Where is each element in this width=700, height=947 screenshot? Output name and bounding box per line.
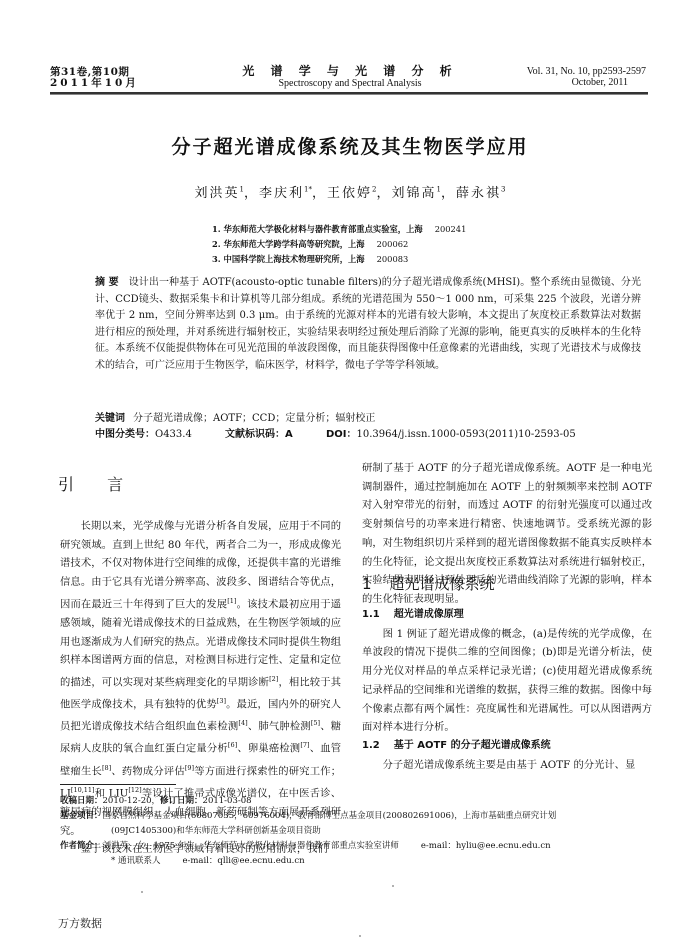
fund-line: 基金项目：国家自然科学基金项目(60807035，60976004)，教育部博士… [60,809,680,824]
citation[interactable]: [3] [217,697,226,705]
affiliation: 1. 华东师范大学极化材料与器件教育部重点实验室，上海200241 [212,222,466,237]
citation[interactable]: [9] [185,764,194,772]
citation[interactable]: [10,11] [71,786,95,794]
subsection-1-2-text: 分子超光谱成像系统主要是由基于 AOTF 的分光计、显 [362,756,652,775]
document-code: A [285,429,293,440]
scan-speck [392,885,394,887]
section-1-body: 1.1超光谱成像原理 图 1 例证了超光谱成像的概念，(a)是传统的光学成像，在… [362,606,652,774]
clc-number: O433.4 [155,429,192,440]
fund-line-2: (09JC1405300)和华东师范大学科研创新基金项目资助 [60,824,680,839]
scan-speck [359,935,361,937]
citation[interactable]: [2] [269,675,278,683]
intro-paragraph-1: 长期以来，光学成像与光谱分析各自发展，应用于不同的研究领域。直到上世纪 80 年… [60,517,341,840]
citation[interactable]: [7] [300,741,309,749]
article-title: 分子超光谱成像系统及其生物医学应用 [0,132,700,159]
footnote-rule [60,784,176,785]
author-list: 刘洪英1，李庆利1*，王依婷2，刘锦高1，薛永祺3 [0,182,700,201]
citation[interactable]: [8] [102,764,111,772]
watermark: 万方数据 [58,915,102,931]
subsection-heading-1-2: 1.2基于 AOTF 的分子超光谱成像系统 [362,737,652,756]
journal-name-en: Spectroscopy and Spectral Analysis [230,78,470,89]
corresponding-author: * 通讯联系人e-mail：qlli@ee.ecnu.edu.cn [60,854,680,869]
date-en: October, 2011 [450,77,646,88]
subsection-heading-1-1: 1.1超光谱成像原理 [362,606,652,625]
keywords: 关键词分子超光谱成像；AOTF；CCD；定量分析；辐射校正 [95,411,375,427]
author-email[interactable]: e-mail：hyliu@ee.ecnu.edu.cn [421,841,551,851]
doi[interactable]: 10.3964/j.issn.1000-0593(2011)10-2593-05 [356,429,575,440]
journal-name-cn: 光 谱 学 与 光 谱 分 析 [230,65,470,78]
received-date: 2010-12-20， [103,796,161,806]
classification: 中图分类号：O433.4 文献标识码：A DOI：10.3964/j.issn.… [95,427,576,443]
author: 薛永祺 [456,186,501,201]
keywords-label: 关键词 [95,413,125,424]
abstract: 摘 要设计出一种基于 AOTF(acousto-optic tunable fi… [95,275,641,374]
volume-info-en: Vol. 31, No. 10, pp2593-2597 October, 20… [450,66,646,88]
subsection-1-1-text: 图 1 例证了超光谱成像的概念，(a)是传统的光学成像，在单波段的情况下提供二维… [362,625,652,737]
citation[interactable]: [12] [128,786,141,794]
journal-name: 光 谱 学 与 光 谱 分 析 Spectroscopy and Spectra… [230,65,470,89]
affiliation: 3. 中国科学院上海技术物理研究所，上海200083 [212,252,466,267]
section-heading-1: 1超光谱成像系统 [362,573,495,594]
abstract-label: 摘 要 [95,277,119,288]
citation[interactable]: [6] [228,741,237,749]
author: 刘锦高 [392,186,437,201]
volume-en: Vol. 31, No. 10, pp2593-2597 [450,66,646,77]
footnotes: 收稿日期：2010-12-20，修订日期：2011-03-08 基金项目：国家自… [60,794,680,869]
author: 李庆利 [259,186,304,201]
scan-speck [141,891,143,893]
affiliation: 2. 华东师范大学跨学科高等研究院，上海200062 [212,237,466,252]
citation[interactable]: [4] [238,719,247,727]
abstract-text: 设计出一种基于 AOTF(acousto-optic tunable filte… [95,277,641,371]
author: 王依婷 [327,186,372,201]
header-rule [50,92,648,95]
revised-date: 2011-03-08 [203,796,252,806]
issue-info: 第31卷,第10期 2011年10月 [50,67,139,89]
dates-line: 收稿日期：2010-12-20，修订日期：2011-03-08 [60,794,680,809]
citation[interactable]: [5] [311,719,320,727]
keywords-text: 分子超光谱成像；AOTF；CCD；定量分析；辐射校正 [133,413,375,424]
author-bio: 作者简介：刘洪英，女，1975 年生，华东师范大学极化材料与器件教育部重点实验室… [60,839,680,854]
date-cn: 2011年10月 [50,78,139,89]
corresponding-email[interactable]: e-mail：qlli@ee.ecnu.edu.cn [182,856,304,866]
author: 刘洪英 [195,186,240,201]
section-heading-intro: 引 言 [58,472,137,495]
affiliations: 1. 华东师范大学极化材料与器件教育部重点实验室，上海200241 2. 华东师… [212,222,466,267]
